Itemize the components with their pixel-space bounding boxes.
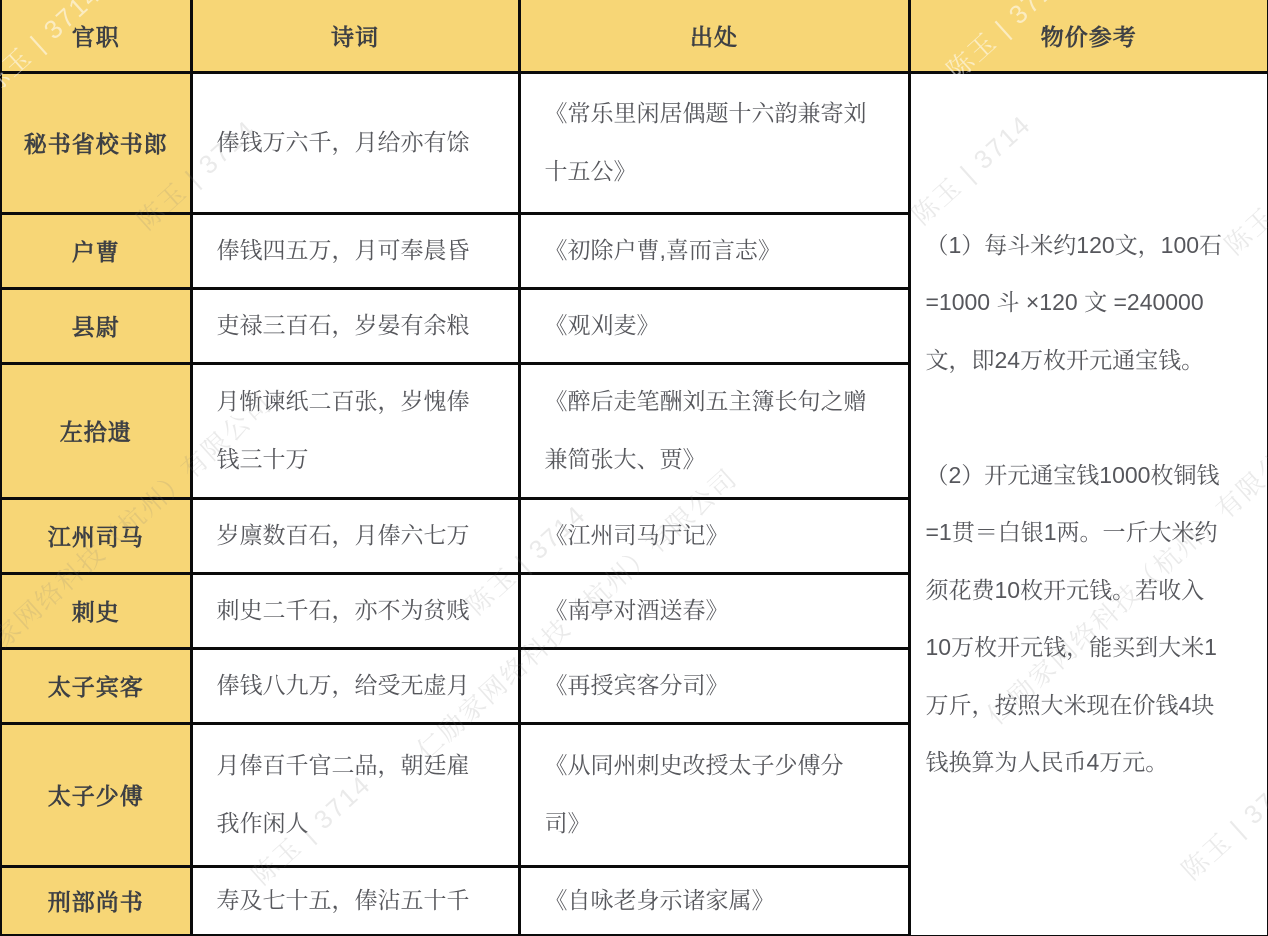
position-cell: 左拾遗	[1, 363, 191, 498]
source-cell: 《再授宾客分司》	[519, 648, 909, 723]
salary-poems-table-page: 官职 诗词 出处 物价参考 秘书省校书郎 俸钱万六千，月给亦有馀 《常乐里闲居偶…	[0, 0, 1268, 936]
poem-cell: 俸钱万六千，月给亦有馀	[191, 72, 519, 213]
poem-cell: 月俸百千官二品，朝廷雇 我作闲人	[191, 723, 519, 866]
header-position: 官职	[1, 0, 191, 72]
poem-cell: 寿及七十五，俸沾五十千	[191, 866, 519, 936]
position-cell: 刑部尚书	[1, 866, 191, 936]
source-cell: 《醉后走笔酬刘五主簿长句之赠 兼简张大、贾》	[519, 363, 909, 498]
poem-cell: 俸钱四五万，月可奉晨昏	[191, 213, 519, 288]
poem-cell: 吏禄三百石，岁晏有余粮	[191, 288, 519, 363]
poem-cell: 刺史二千石，亦不为贫贱	[191, 573, 519, 648]
position-cell: 太子少傅	[1, 723, 191, 866]
header-source: 出处	[519, 0, 909, 72]
source-cell: 《常乐里闲居偶题十六韵兼寄刘 十五公》	[519, 72, 909, 213]
source-cell: 《南亭对酒送春》	[519, 573, 909, 648]
header-price-reference: 物价参考	[909, 0, 1268, 72]
source-cell: 《从同州刺史改授太子少傅分 司》	[519, 723, 909, 866]
position-cell: 户曹	[1, 213, 191, 288]
header-poem: 诗词	[191, 0, 519, 72]
position-cell: 刺史	[1, 573, 191, 648]
price-paragraph-1: （1）每斗米约120文，100石 =1000 斗 ×120 文 =240000 …	[926, 217, 1252, 390]
source-cell: 《初除户曹,喜而言志》	[519, 213, 909, 288]
source-cell: 《自咏老身示诸家属》	[519, 866, 909, 936]
position-cell: 县尉	[1, 288, 191, 363]
poem-cell: 月惭谏纸二百张，岁愧俸 钱三十万	[191, 363, 519, 498]
position-cell: 太子宾客	[1, 648, 191, 723]
salary-table: 官职 诗词 出处 物价参考 秘书省校书郎 俸钱万六千，月给亦有馀 《常乐里闲居偶…	[0, 0, 1268, 936]
table-row: 秘书省校书郎 俸钱万六千，月给亦有馀 《常乐里闲居偶题十六韵兼寄刘 十五公》 （…	[1, 72, 1268, 213]
position-cell: 秘书省校书郎	[1, 72, 191, 213]
price-paragraph-2: （2）开元通宝钱1000枚铜钱 =1贯＝白银1两。一斤大米约 须花费10枚开元钱…	[926, 447, 1252, 792]
poem-cell: 岁廪数百石，月俸六七万	[191, 498, 519, 573]
price-reference-cell: （1）每斗米约120文，100石 =1000 斗 ×120 文 =240000 …	[909, 72, 1268, 936]
poem-cell: 俸钱八九万，给受无虚月	[191, 648, 519, 723]
table-header-row: 官职 诗词 出处 物价参考	[1, 0, 1268, 72]
source-cell: 《观刈麦》	[519, 288, 909, 363]
source-cell: 《江州司马厅记》	[519, 498, 909, 573]
position-cell: 江州司马	[1, 498, 191, 573]
